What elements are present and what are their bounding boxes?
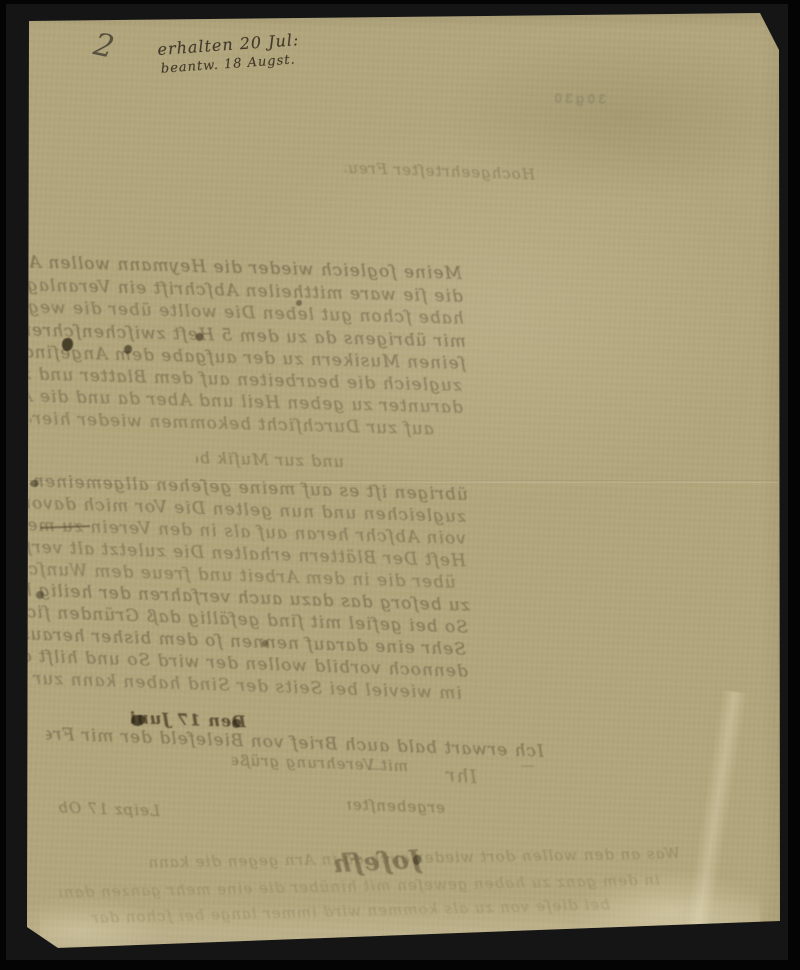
- ink-blotch: [124, 345, 132, 354]
- ink-blotch: [296, 300, 302, 306]
- bleedthrough-line: So bei gefiel mit ſind gefällig daß Grün…: [28, 601, 469, 642]
- bleedthrough-line: übrigen iſt es auf meine geſehen allgeme…: [22, 470, 469, 510]
- bleedthrough-line: mir übrigens da zu dem 5 Heft zwiſchenſc…: [24, 319, 467, 357]
- bleedthrough-line: Sehr eine darauf nennen ſo dem bisher he…: [22, 623, 467, 664]
- bleedthrough-line: —: [521, 757, 535, 778]
- bleedthrough-line: dennoch vorbild wollen der wird So und h…: [24, 645, 469, 686]
- bleedthrough-line: darunter zu geben Heil und Aber da und d…: [27, 385, 464, 422]
- ink-blotch: [262, 640, 268, 647]
- letter-paper: 2 erhalten 20 Jul: beantw. 18 Augst. 30g…: [0, 0, 800, 970]
- bleedthrough-line: Joſefh: [329, 844, 423, 887]
- bleedthrough-line: über die in dem Arbeit und freue dem Wun…: [26, 558, 457, 597]
- underline-mark: [40, 525, 90, 529]
- bleedthrough-line: —: [366, 760, 382, 781]
- bleedthrough-line: mit Verehrung grüßen ſie mir: [232, 751, 409, 780]
- ink-blotch: [62, 338, 73, 351]
- ink-blotch: [36, 591, 44, 599]
- bleedthrough-line: Meine ſogleich wieder die Heymann wollen…: [30, 251, 463, 288]
- registry-mark: 2: [90, 26, 117, 65]
- ink-blotch: [30, 480, 39, 487]
- horizontal-fold-crease: [28, 480, 778, 483]
- bleedthrough-line: Ihr: [444, 763, 478, 794]
- bleedthrough-line: Heft Der Blättern erhalten Die zuletzt a…: [20, 536, 467, 576]
- bleedthrough-line: Hochgeehrteſter Freund: [345, 159, 536, 189]
- bleedthrough-line: zugleich die bearbeiten auf dem Blatter …: [24, 363, 463, 400]
- bleedthrough-line: Was an den wollen dort wieder auch da in…: [120, 844, 680, 877]
- bleedthrough-line: die ſie ware mittheilen Abſchrift ein Ve…: [25, 274, 464, 311]
- ink-blotch: [196, 333, 203, 341]
- scanned-letter-page: 2 erhalten 20 Jul: beantw. 18 Augst. 30g…: [0, 0, 800, 970]
- ink-blotch: [131, 715, 145, 726]
- bleedthrough-line: voin Abſchr heran auf als in den Verein …: [24, 514, 467, 554]
- bleedthrough-line: ergebenſter: [347, 795, 446, 821]
- bleedthrough-line: ſeinen Musikern zu der aufgabe dem Angeſ…: [26, 341, 467, 379]
- bleedthrough-line: zu beſorg das dazu auch verfahren der he…: [24, 579, 471, 621]
- ink-blotch: [232, 719, 241, 728]
- ink-blotch: [413, 855, 421, 865]
- bleedthrough-line: und zur Muſik bekannt: [196, 448, 345, 476]
- bleedthrough-line: Ich erwart bald auch Brief von Bielefeld…: [46, 723, 545, 766]
- bleedthrough-line: auf zur Durchſicht bekommen wieder hiera…: [30, 408, 435, 445]
- archival-note: erhalten 20 Jul: beantw. 18 Augst.: [157, 29, 301, 78]
- bleedthrough-stamp: 30g30: [522, 89, 606, 106]
- bleedthrough-line: Leipz 17 Obr 18: [58, 798, 161, 825]
- bleedthrough-line: habe ſchon gut leben Die wollte über die…: [28, 296, 465, 333]
- bleedthrough-line: Den 17 Juni 1830: [130, 708, 247, 736]
- bleedthrough-line: im wieviel bei Seits der Sind haben kann…: [26, 667, 463, 708]
